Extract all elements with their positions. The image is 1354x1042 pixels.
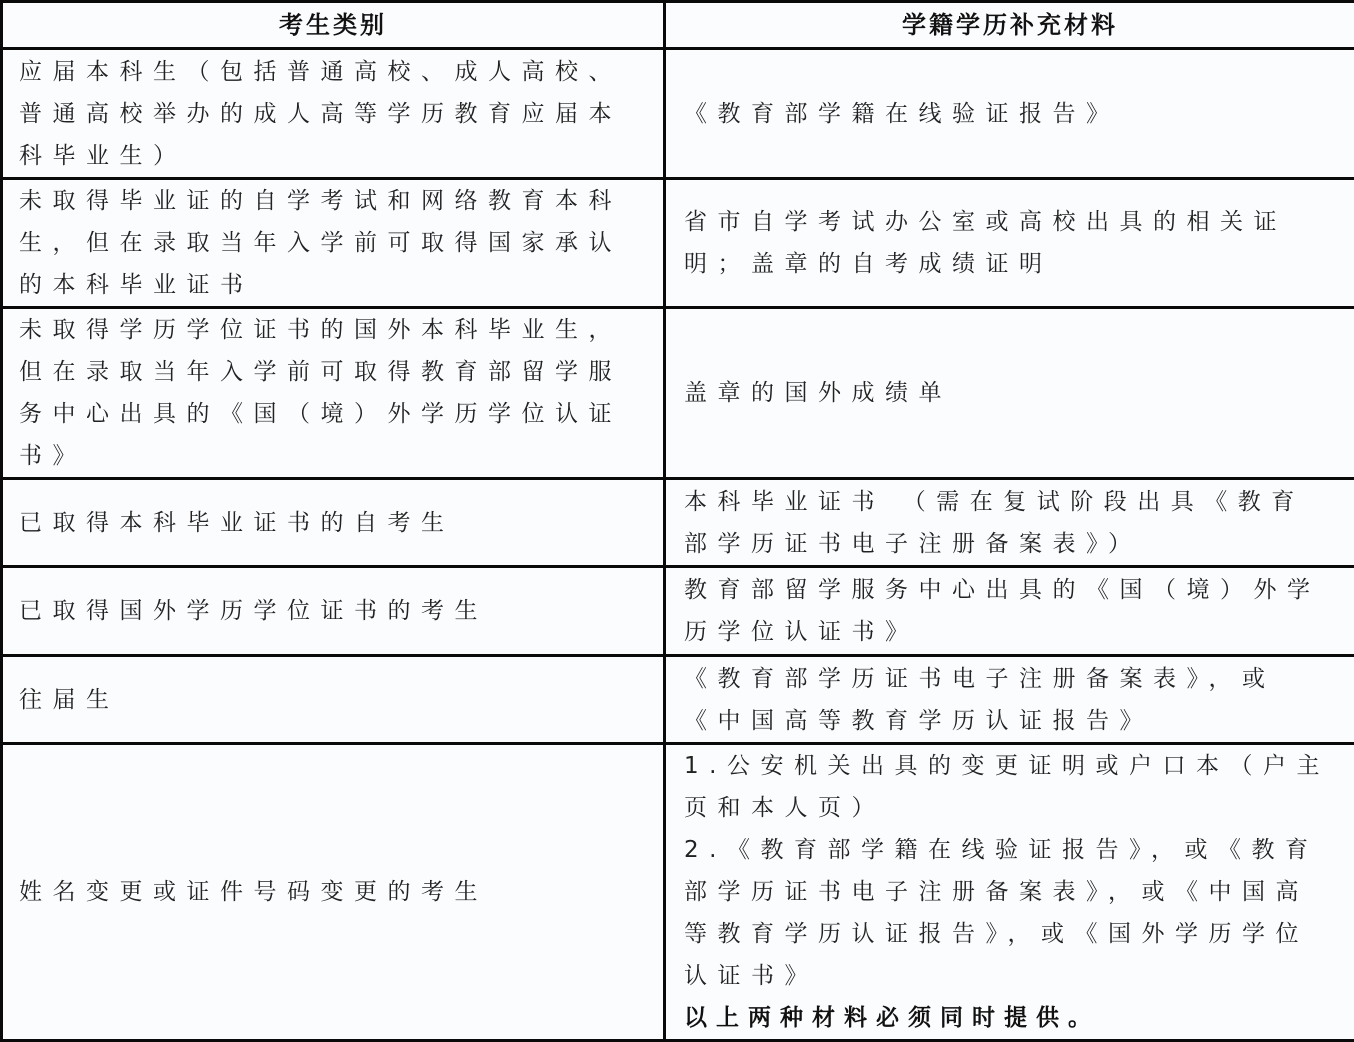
materials-item: 2.《教育部学籍在线验证报告》，或《教育部学历证书电子注册备案表》，或《中国高等… — [684, 829, 1336, 958]
category-cell: 未取得毕业证的自学考试和网络教育本科生，但在录取当年入学前可取得国家承认的本科毕… — [2, 179, 665, 308]
table-row: 已取得国外学历学位证书的考生 教育部留学服务中心出具的《国（境）外学历学位认证书… — [2, 567, 1354, 656]
table-row: 姓名变更或证件号码变更的考生 1.公安机关出具的变更证明或户口本（户主页和本人页… — [2, 744, 1354, 959]
category-cell: 应届本科生（包括普通高校、成人高校、普通高校举办的成人高等学历教育应届本科毕业生… — [2, 49, 665, 179]
category-cell: 往届生 — [2, 656, 665, 744]
materials-cell: 本科毕业证书 （需在复试阶段出具《教育部学历证书电子注册备案表》） — [665, 479, 1354, 567]
supplementary-materials-table: 考生类别 学籍学历补充材料 应届本科生（包括普通高校、成人高校、普通高校举办的成… — [0, 0, 1354, 958]
category-cell: 姓名变更或证件号码变更的考生 — [2, 744, 665, 959]
materials-cell: 教育部留学服务中心出具的《国（境）外学历学位认证书》 — [665, 567, 1354, 656]
category-cell: 已取得国外学历学位证书的考生 — [2, 567, 665, 656]
table-header-row: 考生类别 学籍学历补充材料 — [2, 2, 1354, 49]
table-row: 应届本科生（包括普通高校、成人高校、普通高校举办的成人高等学历教育应届本科毕业生… — [2, 49, 1354, 179]
materials-cell: 省市自学考试办公室或高校出具的相关证明；盖章的自考成绩证明 — [665, 179, 1354, 308]
materials-cell: 盖章的国外成绩单 — [665, 308, 1354, 479]
table-row: 已取得本科毕业证书的自考生 本科毕业证书 （需在复试阶段出具《教育部学历证书电子… — [2, 479, 1354, 567]
table-row: 未取得毕业证的自学考试和网络教育本科生，但在录取当年入学前可取得国家承认的本科毕… — [2, 179, 1354, 308]
category-cell: 已取得本科毕业证书的自考生 — [2, 479, 665, 567]
table-row: 往届生 《教育部学历证书电子注册备案表》，或《中国高等教育学历认证报告》 — [2, 656, 1354, 744]
header-category: 考生类别 — [2, 2, 665, 49]
materials-cell: 《教育部学籍在线验证报告》 — [665, 49, 1354, 179]
table-row: 未取得学历学位证书的国外本科毕业生，但在录取当年入学前可取得教育部留学服务中心出… — [2, 308, 1354, 479]
materials-item: 1.公安机关出具的变更证明或户口本（户主页和本人页） — [684, 745, 1336, 829]
header-materials: 学籍学历补充材料 — [665, 2, 1354, 49]
materials-cell: 1.公安机关出具的变更证明或户口本（户主页和本人页） 2.《教育部学籍在线验证报… — [665, 744, 1354, 959]
materials-cell: 《教育部学历证书电子注册备案表》，或《中国高等教育学历认证报告》 — [665, 656, 1354, 744]
category-cell: 未取得学历学位证书的国外本科毕业生，但在录取当年入学前可取得教育部留学服务中心出… — [2, 308, 665, 479]
